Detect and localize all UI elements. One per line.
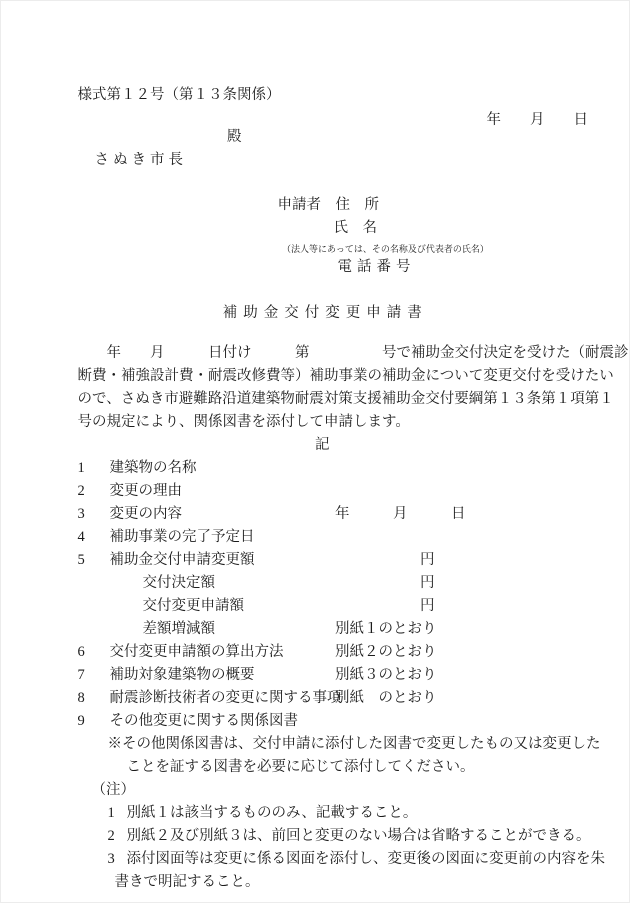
remark-line: ※その他関係図書は、交付申請に添付した図書で変更したもの又は変更した xyxy=(0,710,630,733)
list-item-3: 3変更の内容 xyxy=(0,480,630,503)
list-item-9: 9その他変更に関する関係図書 別紙 のとおり xyxy=(0,687,630,710)
notes-header-line: （注） xyxy=(0,756,630,779)
item-value: 別紙１のとおり xyxy=(335,618,437,641)
amount-row-difference: 差額増減額 円 xyxy=(0,595,630,618)
amount-row-decided: 交付決定額 円 xyxy=(0,549,630,572)
body-line: ので、さぬき市避難路沿道建築物耐震対策支援補助金交付要綱第１３条第１項第１ xyxy=(0,365,630,388)
ki-line: 記 xyxy=(0,411,630,434)
amount-unit: 円 xyxy=(420,595,435,618)
note-1: 1別紙１は該当するもののみ、記載すること。 xyxy=(0,779,630,802)
list-item-5: 5補助金交付申請変更額 xyxy=(0,526,630,549)
amount-row-changed: 交付変更申請額 円 xyxy=(0,572,630,595)
list-item-4: 4補助事業の完了予定日 年 月 日 xyxy=(0,503,630,526)
list-item-2: 2変更の理由 xyxy=(0,457,630,480)
remark-line: ことを証する図書を必要に応じて添付してください。 xyxy=(0,733,630,756)
list-item-6: 6交付変更申請額の算出方法 別紙１のとおり xyxy=(0,618,630,641)
note-text: 書きで明記すること。 xyxy=(115,871,260,894)
addressee: さぬき市長 xyxy=(95,149,188,172)
item-value: 別紙２のとおり xyxy=(335,641,437,664)
body-line: 号の規定により、関係図書を添付して申請します。 xyxy=(0,388,630,411)
honorific: 殿 xyxy=(227,126,242,149)
amount-unit: 円 xyxy=(420,572,435,595)
phone-label: 電話番号 xyxy=(338,256,416,279)
item-value-date: 年 月 日 xyxy=(335,503,466,526)
phone-line: 電話番号 xyxy=(0,233,630,256)
amount-unit: 円 xyxy=(420,549,435,572)
document-page: 様式第１２号（第１３条関係） 年 月 日 さぬき市長 殿 申請者 住 所 氏 名… xyxy=(0,0,630,903)
item-value: 別紙 のとおり xyxy=(335,687,437,710)
list-item-8: 8耐震診断技術者の変更に関する事項 別紙３のとおり xyxy=(0,664,630,687)
date-line: 年 月 日 xyxy=(0,86,630,109)
list-item-1: 1建築物の名称 xyxy=(0,434,630,457)
body-line: 年 月 日付け 第 号で補助金交付決定を受けた（耐震診 xyxy=(0,319,630,342)
addressee-line: さぬき市長 殿 xyxy=(0,126,630,149)
applicant-name-line: 氏 名 xyxy=(0,194,630,217)
document-title-line: 補助金交付変更申請書 xyxy=(0,279,630,302)
note-3: 3添付図面等は変更に係る図面を添付し、変更後の図面に変更前の内容を朱 xyxy=(0,825,630,848)
list-item-7: 7補助対象建築物の概要 別紙２のとおり xyxy=(0,641,630,664)
applicant-address-line: 申請者 住 所 xyxy=(0,171,630,194)
form-number-line: 様式第１２号（第１３条関係） xyxy=(0,61,630,84)
body-line: 断費・補強設計費・耐震改修費等）補助事業の補助金について変更交付を受けたい xyxy=(0,342,630,365)
note-2: 2別紙２及び別紙３は、前回と変更のない場合は省略することができる。 xyxy=(0,802,630,825)
note-3-continuation: 書きで明記すること。 xyxy=(0,848,630,871)
item-value: 別紙３のとおり xyxy=(335,664,437,687)
